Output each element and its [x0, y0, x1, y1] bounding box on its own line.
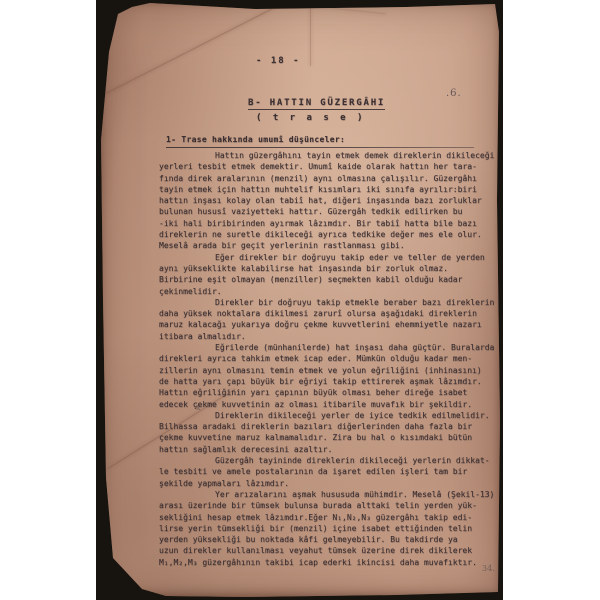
pencil-annotation-bottom-right: 34.	[482, 564, 495, 573]
text-line: -iki hali biribirinden ayırmak lâzımdır.…	[159, 218, 489, 229]
text-line: Güzergâh tayininde direklerin dikileceği…	[159, 455, 489, 466]
body-text: Hattın güzergâhını tayin etmek demek dir…	[159, 150, 489, 568]
scanned-document-page: - 18 - .6. B- HATTIN GÜZERGÂHI ( t r a s…	[0, 0, 600, 600]
text-line: Yer arızalarını aşmak hususuda mühimdir.…	[159, 489, 489, 500]
text-line: direklerin ne suretle dikileceği ayrıca …	[159, 229, 489, 240]
text-line: Direklerin dikileceği yerler de iyice te…	[159, 410, 489, 421]
document-subtitle: ( t r a s e )	[256, 113, 365, 123]
text-line: çekme kuvvetine maruz kalmamalıdır. Zira…	[159, 432, 489, 443]
text-line: Eğer direkler bir doğruyu takip eder ve …	[159, 252, 489, 263]
paper-crease	[100, 1, 288, 97]
page-number: - 18 -	[256, 56, 301, 66]
text-line: zillerin aynı olmasını temin etmek ve yo…	[159, 365, 489, 376]
text-line: aynı yükseklikte kalabilirse hat inşasın…	[159, 263, 489, 274]
pencil-annotation-top-right: .6.	[446, 88, 462, 99]
text-line: lirse yerin tümsekliği bir (menzil) için…	[159, 523, 489, 534]
text-line: yerden yüksekliği bu noktada kâfi gelmey…	[159, 534, 489, 545]
text-line: tayin etmek için hattın muhtelif kısımla…	[159, 184, 489, 195]
text-line: şekilde yapmaları lâzımdır.	[159, 478, 489, 489]
text-line: Bilhassa aradaki direklerin bazıları diğ…	[159, 421, 489, 432]
text-line: de hatta yarı çapı büyük bir eğriyi taki…	[159, 376, 489, 387]
underline-rule	[166, 147, 474, 148]
text-line: le tesbiti ve amele postalarının da işar…	[159, 466, 489, 477]
text-line: M₁,M₂,M₃ güzergâhının takibi icap ederki…	[159, 557, 489, 568]
document-heading: B- HATTIN GÜZERGÂHI	[248, 98, 385, 110]
text-line: Eğrilerde (münhanilerde) hat inşası daha…	[159, 342, 489, 353]
text-line: Meselâ arada bir geçit yerlerinin rastla…	[159, 240, 489, 251]
text-line: hattın inşası kolay olan tabiî hat, diğe…	[159, 195, 489, 206]
text-line: itibara almalıdır.	[159, 331, 489, 342]
photo-black-background: - 18 - .6. B- HATTIN GÜZERGÂHI ( t r a s…	[96, 0, 503, 600]
text-line: fında direk aralarının (menzil) aynı olm…	[159, 173, 489, 184]
text-line: Birbirine eşit olmayan (menziller) seçme…	[159, 274, 489, 285]
text-line: maruz kalacağı yukarıya doğru çekme kuvv…	[159, 319, 489, 330]
paper-sheet: - 18 - .6. B- HATTIN GÜZERGÂHI ( t r a s…	[96, 0, 503, 600]
text-line: çekinmelidir.	[159, 286, 489, 297]
text-line: uzun direkler kullanılması veyahut tümse…	[159, 545, 489, 556]
text-line: sekliğini hesap etmek lâzımdır.Eğer N₁,N…	[159, 512, 489, 523]
paper-crease	[310, 4, 311, 66]
text-line: Direkler bir doğruyu takip etmekle berab…	[159, 297, 489, 308]
text-line: arası üzerinde bir tümsek bulunsa burada…	[159, 500, 489, 511]
text-line: direkleri ayrıca tahkim etmek icap eder.…	[159, 353, 489, 364]
text-line: Hattın eğriliğinin yarı çapının büyük ol…	[159, 387, 489, 398]
text-line: Hattın güzergâhını tayin etmek demek dir…	[159, 150, 489, 161]
text-line: edecek çekme kuvvetinin az olması itibar…	[159, 399, 489, 410]
text-line: daha yüksek noktalara dikilmesi zarurî o…	[159, 308, 489, 319]
text-line: yerleri tesbit etmek demektir. Umumî kai…	[159, 161, 489, 172]
text-line: bulunan hususî vaziyetteki hattır. Güzer…	[159, 206, 489, 217]
paper-crease	[246, 0, 385, 14]
section-heading: 1- Trase hakkında umumî düşünceler:	[166, 135, 345, 144]
text-line: hattın sağlamlık derecesini azaltır.	[159, 444, 489, 455]
